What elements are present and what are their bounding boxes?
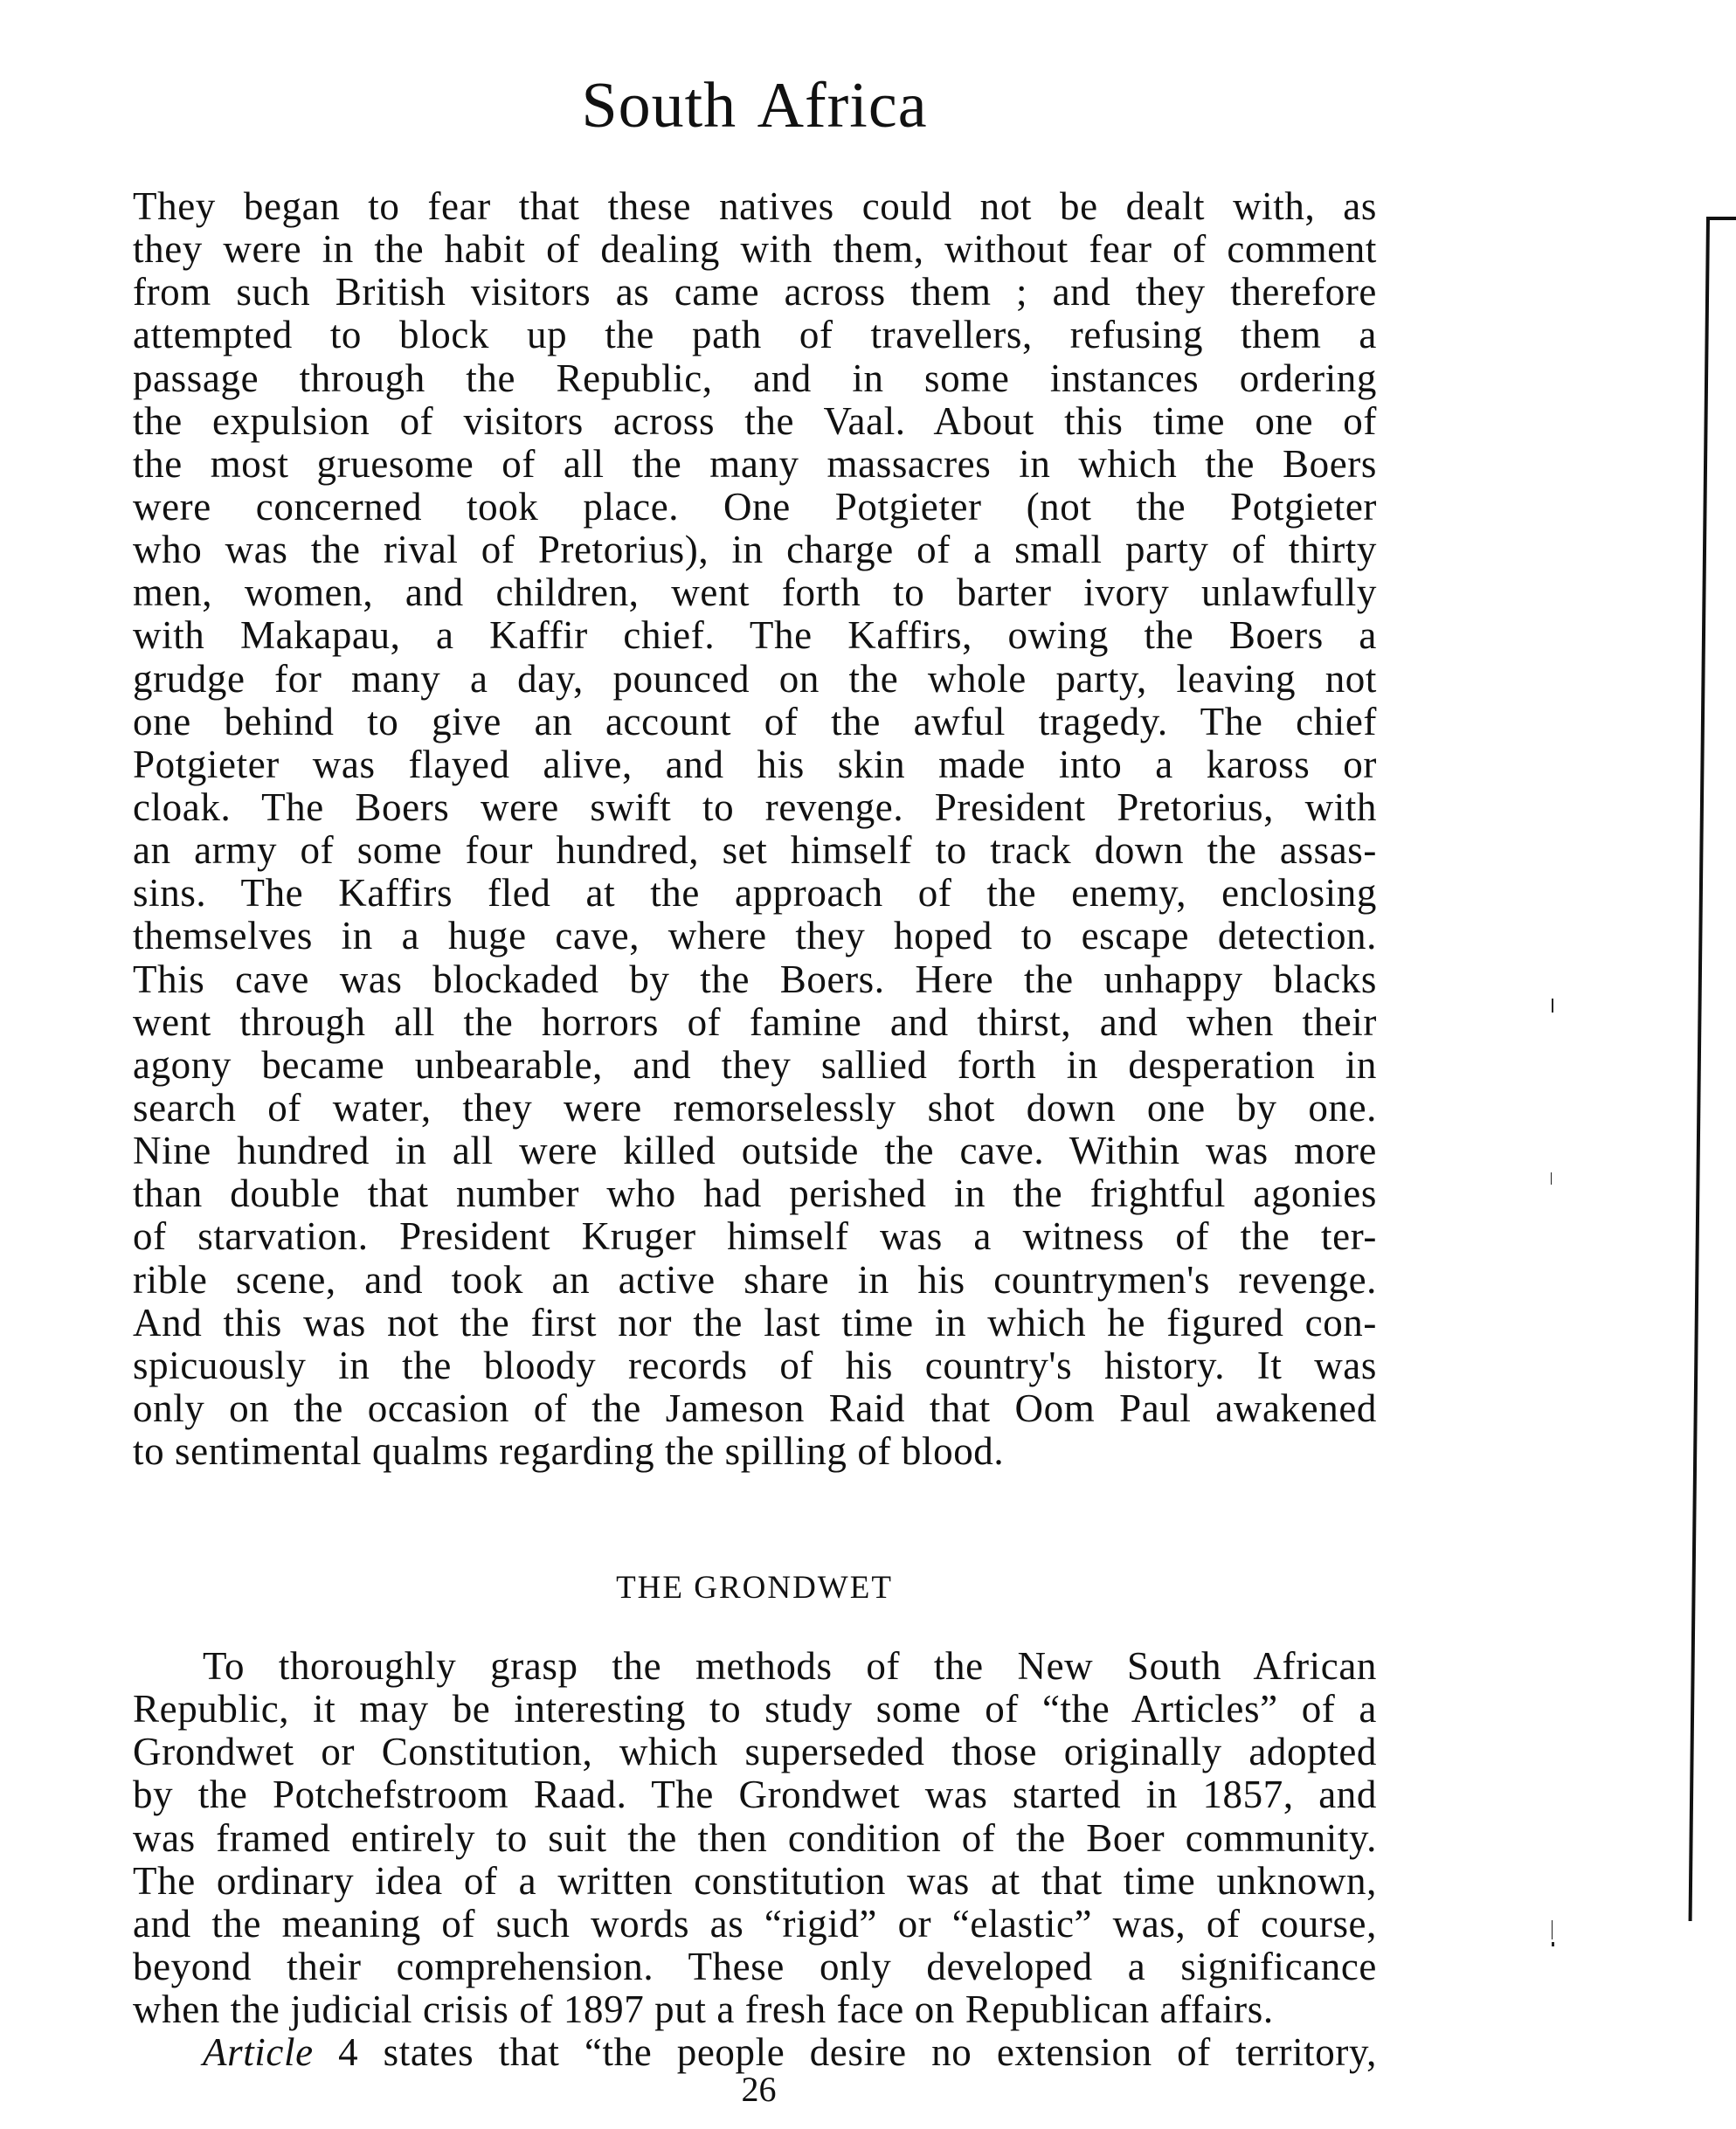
text-line: To thoroughly grasp the methods of the N… — [133, 1645, 1377, 1688]
text-line: Potgieter was flayed alive, and his skin… — [133, 743, 1377, 786]
text-line: the most gruesome of all the many massac… — [133, 443, 1377, 486]
text-line: They began to fear that these natives co… — [133, 185, 1377, 228]
text-line: who was the rival of Pretorius), in char… — [133, 529, 1377, 571]
text-line: grudge for many a day, pounced on the wh… — [133, 658, 1377, 701]
text-line: attempted to block up the path of travel… — [133, 314, 1377, 356]
text-line: by the Potchefstroom Raad. The Grondwet … — [133, 1773, 1377, 1816]
paragraph-massacre: They began to fear that these natives co… — [133, 185, 1377, 1473]
paragraph-article-4: Article 4 states that “the people desire… — [133, 2031, 1377, 2074]
text-line: the expulsion of visitors across the Vaa… — [133, 400, 1377, 443]
text-line: to sentimental qualms regarding the spil… — [133, 1430, 1377, 1473]
page-edge-border — [1689, 218, 1710, 1921]
text-line: only on the occasion of the Jameson Raid… — [133, 1387, 1377, 1430]
text-line-article-4: Article 4 states that “the people desire… — [133, 2031, 1377, 2074]
text-line: Republic, it may be interesting to study… — [133, 1688, 1377, 1731]
article-text: 4 states that “the people desire no exte… — [314, 2030, 1377, 2074]
section-heading-grondwet: THE GRONDWET — [0, 1571, 1509, 1606]
text-line: spicuously in the bloody records of his … — [133, 1344, 1377, 1387]
text-line: themselves in a huge cave, where they ho… — [133, 915, 1377, 957]
text-line: of starvation. President Kruger himself … — [133, 1215, 1377, 1258]
text-line: when the judicial crisis of 1897 put a f… — [133, 1988, 1377, 2031]
text-line: cloak. The Boers were swift to revenge. … — [133, 786, 1377, 829]
text-line: men, women, and children, went forth to … — [133, 571, 1377, 614]
text-line: agony became unbearable, and they sallie… — [133, 1044, 1377, 1087]
text-line: rible scene, and took an active share in… — [133, 1259, 1377, 1302]
page-edge-tick — [1706, 217, 1736, 220]
text-line: an army of some four hundred, set himsel… — [133, 829, 1377, 872]
text-line: with Makapau, a Kaffir chief. The Kaffir… — [133, 614, 1377, 657]
text-line: from such British visitors as came acros… — [133, 271, 1377, 314]
text-line: was framed entirely to suit the then con… — [133, 1817, 1377, 1860]
text-line: beyond their comprehension. These only d… — [133, 1946, 1377, 1988]
text-line: sins. The Kaffirs fled at the approach o… — [133, 872, 1377, 915]
running-title: South Africa — [0, 68, 1509, 143]
text-line: than double that number who had perished… — [133, 1172, 1377, 1215]
article-label: Article — [203, 2030, 314, 2074]
scan-artifact — [1552, 1942, 1554, 1946]
body-section-2: To thoroughly grasp the methods of the N… — [133, 1645, 1377, 2074]
text-line: Nine hundred in all were killed outside … — [133, 1130, 1377, 1172]
body-section-1: They began to fear that these natives co… — [133, 185, 1377, 1473]
text-line: and the meaning of such words as “rigid”… — [133, 1903, 1377, 1946]
text-line: And this was not the first nor the last … — [133, 1302, 1377, 1344]
text-line: Grondwet or Constitution, which supersed… — [133, 1731, 1377, 1773]
text-line: search of water, they were remorselessly… — [133, 1087, 1377, 1130]
page-number: 26 — [0, 2070, 1518, 2109]
text-line: passage through the Republic, and in som… — [133, 357, 1377, 400]
text-line: The ordinary idea of a written constitut… — [133, 1860, 1377, 1903]
text-line: they were in the habit of dealing with t… — [133, 228, 1377, 271]
paragraph-grondwet: To thoroughly grasp the methods of the N… — [133, 1645, 1377, 2031]
text-line: one behind to give an account of the awf… — [133, 701, 1377, 743]
scan-artifact — [1551, 1172, 1552, 1185]
scan-artifact — [1552, 1920, 1553, 1939]
text-line: went through all the horrors of famine a… — [133, 1001, 1377, 1044]
scan-artifact — [1552, 999, 1553, 1013]
text-line: were concerned took place. One Potgieter… — [133, 486, 1377, 529]
text-line: This cave was blockaded by the Boers. He… — [133, 958, 1377, 1001]
